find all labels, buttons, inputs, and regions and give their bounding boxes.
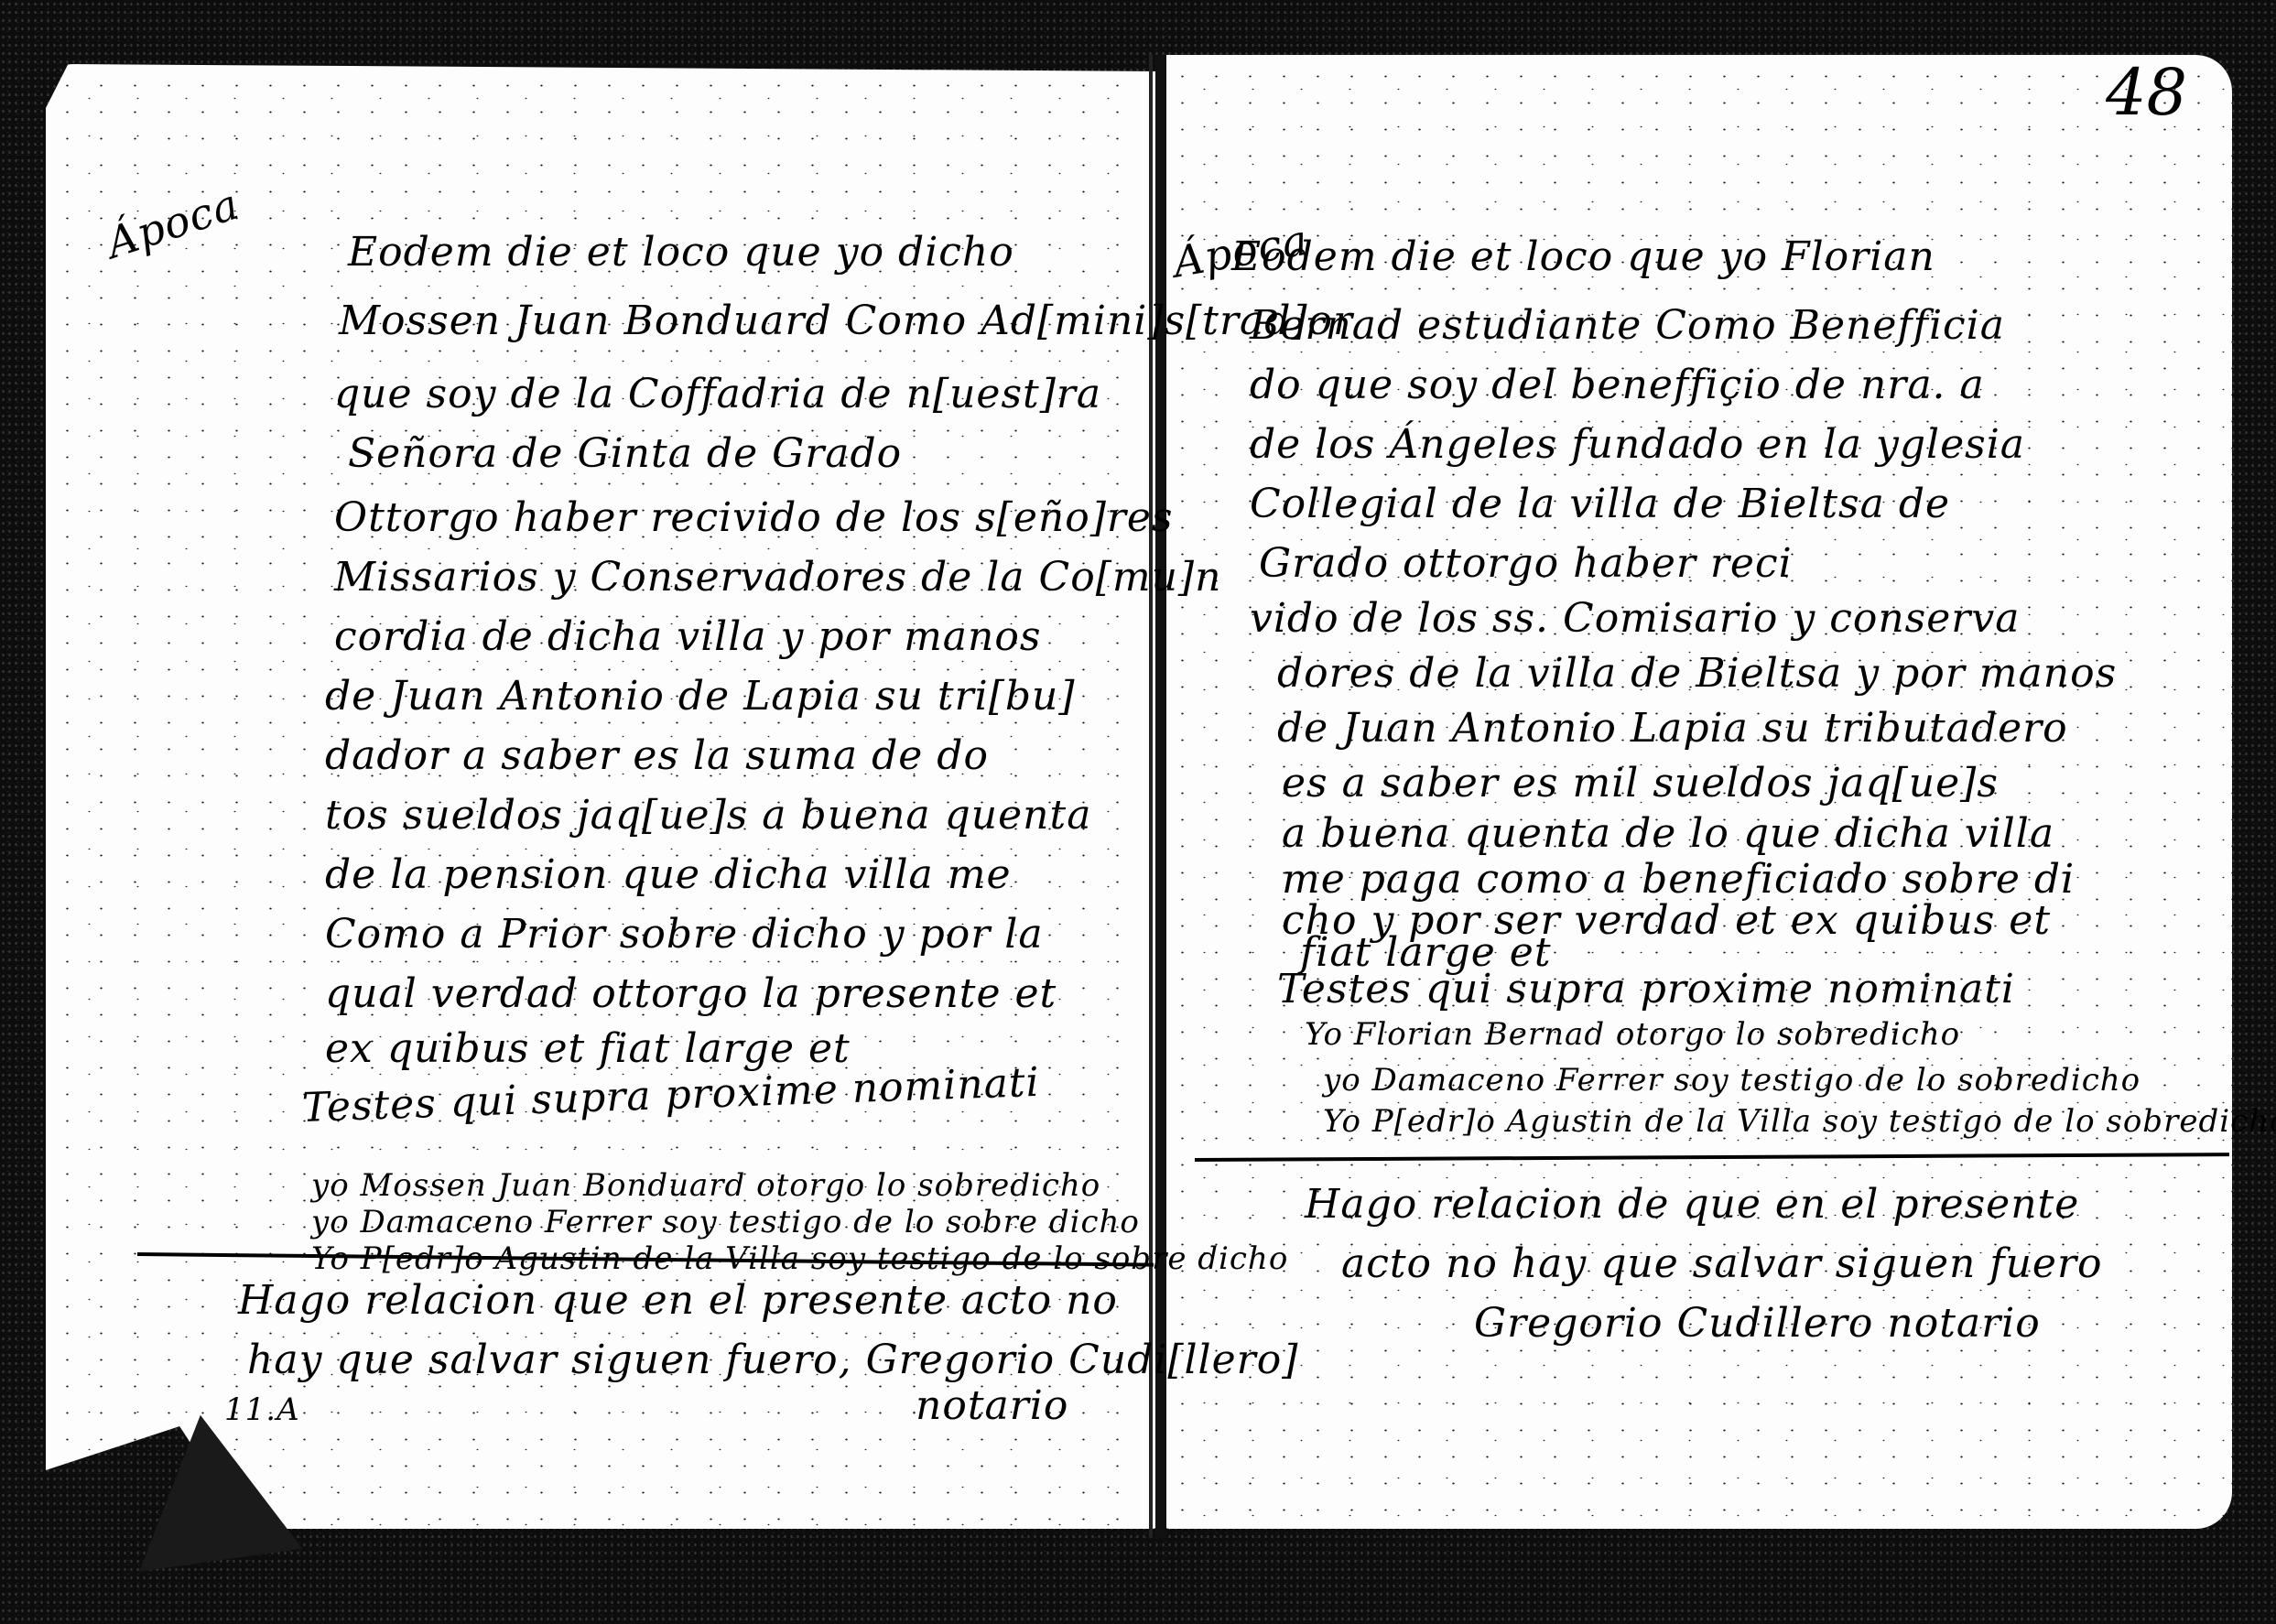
left-body-line: de la pension que dicha villa me	[325, 851, 1012, 898]
right-body-line: Eodem die et loco que yo Florian	[1231, 233, 1935, 280]
right-signature: Yo P[edr]o Agustin de la Villa soy testi…	[1323, 1103, 2276, 1140]
left-body-line: Missarios y Conservadores de la Co[mu]n	[334, 554, 1221, 601]
book-gutter	[1155, 55, 1166, 1538]
left-body-line: tos sueldos jaq[ue]s a buena quenta	[325, 792, 1091, 839]
left-body-line: qual verdad ottorgo la presente et	[325, 970, 1057, 1017]
right-body-line: de Juan Antonio Lapia su tributadero	[1277, 705, 2068, 752]
left-corner-mark: 11.A	[224, 1391, 300, 1428]
left-signature: yo Damaceno Ferrer soy testigo de lo sob…	[311, 1204, 1140, 1240]
page-number: 48	[2106, 55, 2187, 130]
left-notary-note: Hago relacion que en el presente acto no	[238, 1277, 1118, 1324]
right-body-line: Collegial de la villa de Bieltsa de	[1250, 481, 1950, 527]
left-body-line: cordia de dicha villa y por manos	[334, 613, 1041, 660]
right-notary-note: Gregorio Cudillero notario	[1474, 1300, 2041, 1347]
right-body-line: a buena quenta de lo que dicha villa	[1282, 810, 2054, 857]
folded-corner	[119, 1403, 303, 1571]
right-body-line: Bernad estudiante Como Benefficia	[1250, 302, 2005, 349]
left-notary-note: notario	[916, 1382, 1068, 1429]
left-body-line: Eodem die et loco que yo dicho	[348, 229, 1014, 276]
right-body-line: vido de los ss. Comisario y conserva	[1250, 595, 2020, 642]
left-notary-note: hay que salvar siguen fuero, Gregorio Cu…	[247, 1337, 1298, 1383]
left-body-line: Ottorgo haber recivido de los s[eño]res	[334, 494, 1174, 541]
right-body-line: dores de la villa de Bieltsa y por manos	[1277, 650, 2117, 697]
left-body-line: que soy de la Coffadria de n[uest]ra	[334, 371, 1101, 417]
left-body-line: dador a saber es la suma de do	[325, 732, 989, 779]
left-body-line: de Juan Antonio de Lapia su tri[bu]	[325, 673, 1076, 720]
left-signature: yo Mossen Juan Bonduard otorgo lo sobred…	[311, 1167, 1100, 1204]
page-gutter-shadow	[1149, 55, 1153, 1538]
left-body-line: Mossen Juan Bonduard Como Ad[mini]s[trad…	[339, 298, 1353, 344]
left-body-line: Como a Prior sobre dicho y por la	[325, 911, 1044, 958]
right-notary-note: acto no hay que salvar siguen fuero	[1341, 1240, 2103, 1287]
right-signature: Yo Florian Bernad otorgo lo sobredicho	[1305, 1016, 1960, 1053]
right-signature: yo Damaceno Ferrer soy testigo de lo sob…	[1323, 1062, 2141, 1099]
right-body-line: de los Ángeles fundado en la yglesia	[1250, 421, 2025, 468]
right-body-line: do que soy del beneffiçio de nra. a	[1250, 362, 1985, 408]
left-body-line: Señora de Ginta de Grado	[348, 430, 902, 477]
right-body-line: Grado ottorgo haber reci	[1259, 540, 1793, 587]
right-body-line: me paga como a beneficiado sobre di	[1282, 856, 2075, 903]
left-body-line: ex quibus et fiat large et	[325, 1025, 851, 1072]
right-notary-note: Hago relacion de que en el presente	[1305, 1181, 2079, 1228]
right-body-line: es a saber es mil sueldos jaq[ue]s	[1282, 760, 1999, 807]
right-body-line: Testes qui supra proxime nominati	[1277, 966, 2015, 1012]
